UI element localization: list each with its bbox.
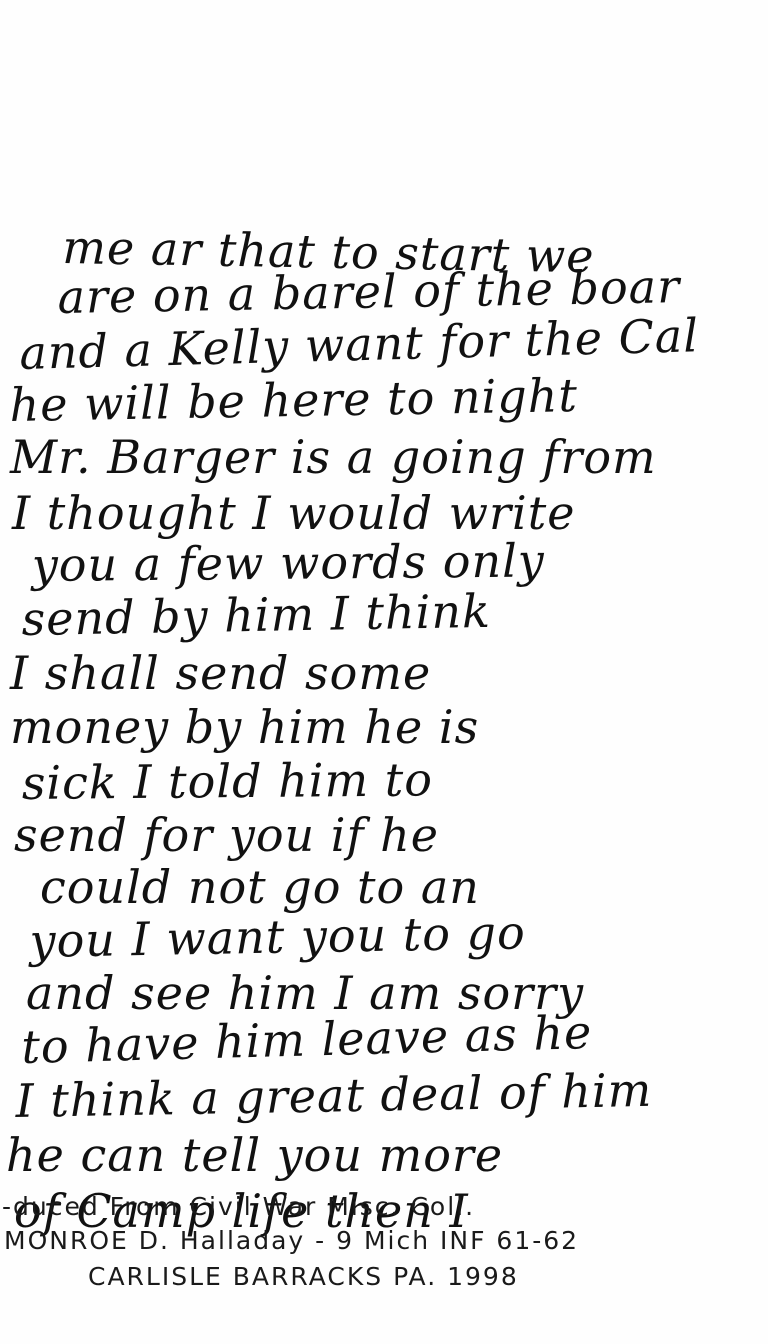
letter-line: I shall send some: [10, 650, 431, 696]
letter-line: money by him he is: [10, 704, 479, 750]
letter-line: sick I told him to: [22, 756, 433, 806]
letter-line: to have him leave as he: [21, 1009, 593, 1070]
letter-line: could not go to an: [40, 864, 480, 910]
letter-line: he will be here to night: [9, 372, 578, 428]
letter-line: send by him I think: [21, 588, 491, 642]
annotation-author-line: MONROE D. Halladay - 9 Mich INF 61-62: [4, 1228, 579, 1253]
letter-line: you a few words only: [32, 538, 545, 588]
letter-page: me ar that to start we are on a barel of…: [0, 0, 768, 1344]
annotation-source-line: -duced From Civil War Misc. Coll.: [2, 1194, 475, 1219]
letter-line: I think a great deal of him: [15, 1067, 652, 1124]
letter-line: I thought I would write: [12, 490, 575, 536]
letter-line: he can tell you more: [6, 1132, 503, 1178]
letter-line: Mr. Barger is a going from: [10, 434, 657, 480]
letter-line: you I want you to go: [29, 909, 526, 964]
letter-line: send for you if he: [14, 812, 439, 858]
annotation-location-line: CARLISLE BARRACKS PA. 1998: [88, 1264, 519, 1289]
